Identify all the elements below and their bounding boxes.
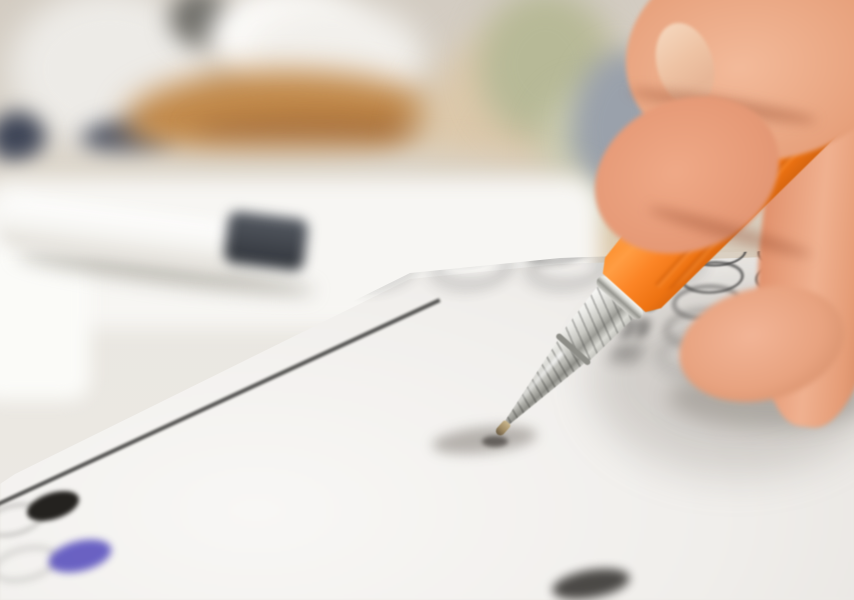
wooden-desk-shadow [195, 115, 445, 150]
paper-stack-edge [0, 250, 90, 400]
marker-cap-dark [223, 210, 309, 271]
pen-cone-highlight [510, 350, 564, 409]
photo-exam-answer-sheet: 141516171819203334353637383940 [0, 0, 854, 600]
